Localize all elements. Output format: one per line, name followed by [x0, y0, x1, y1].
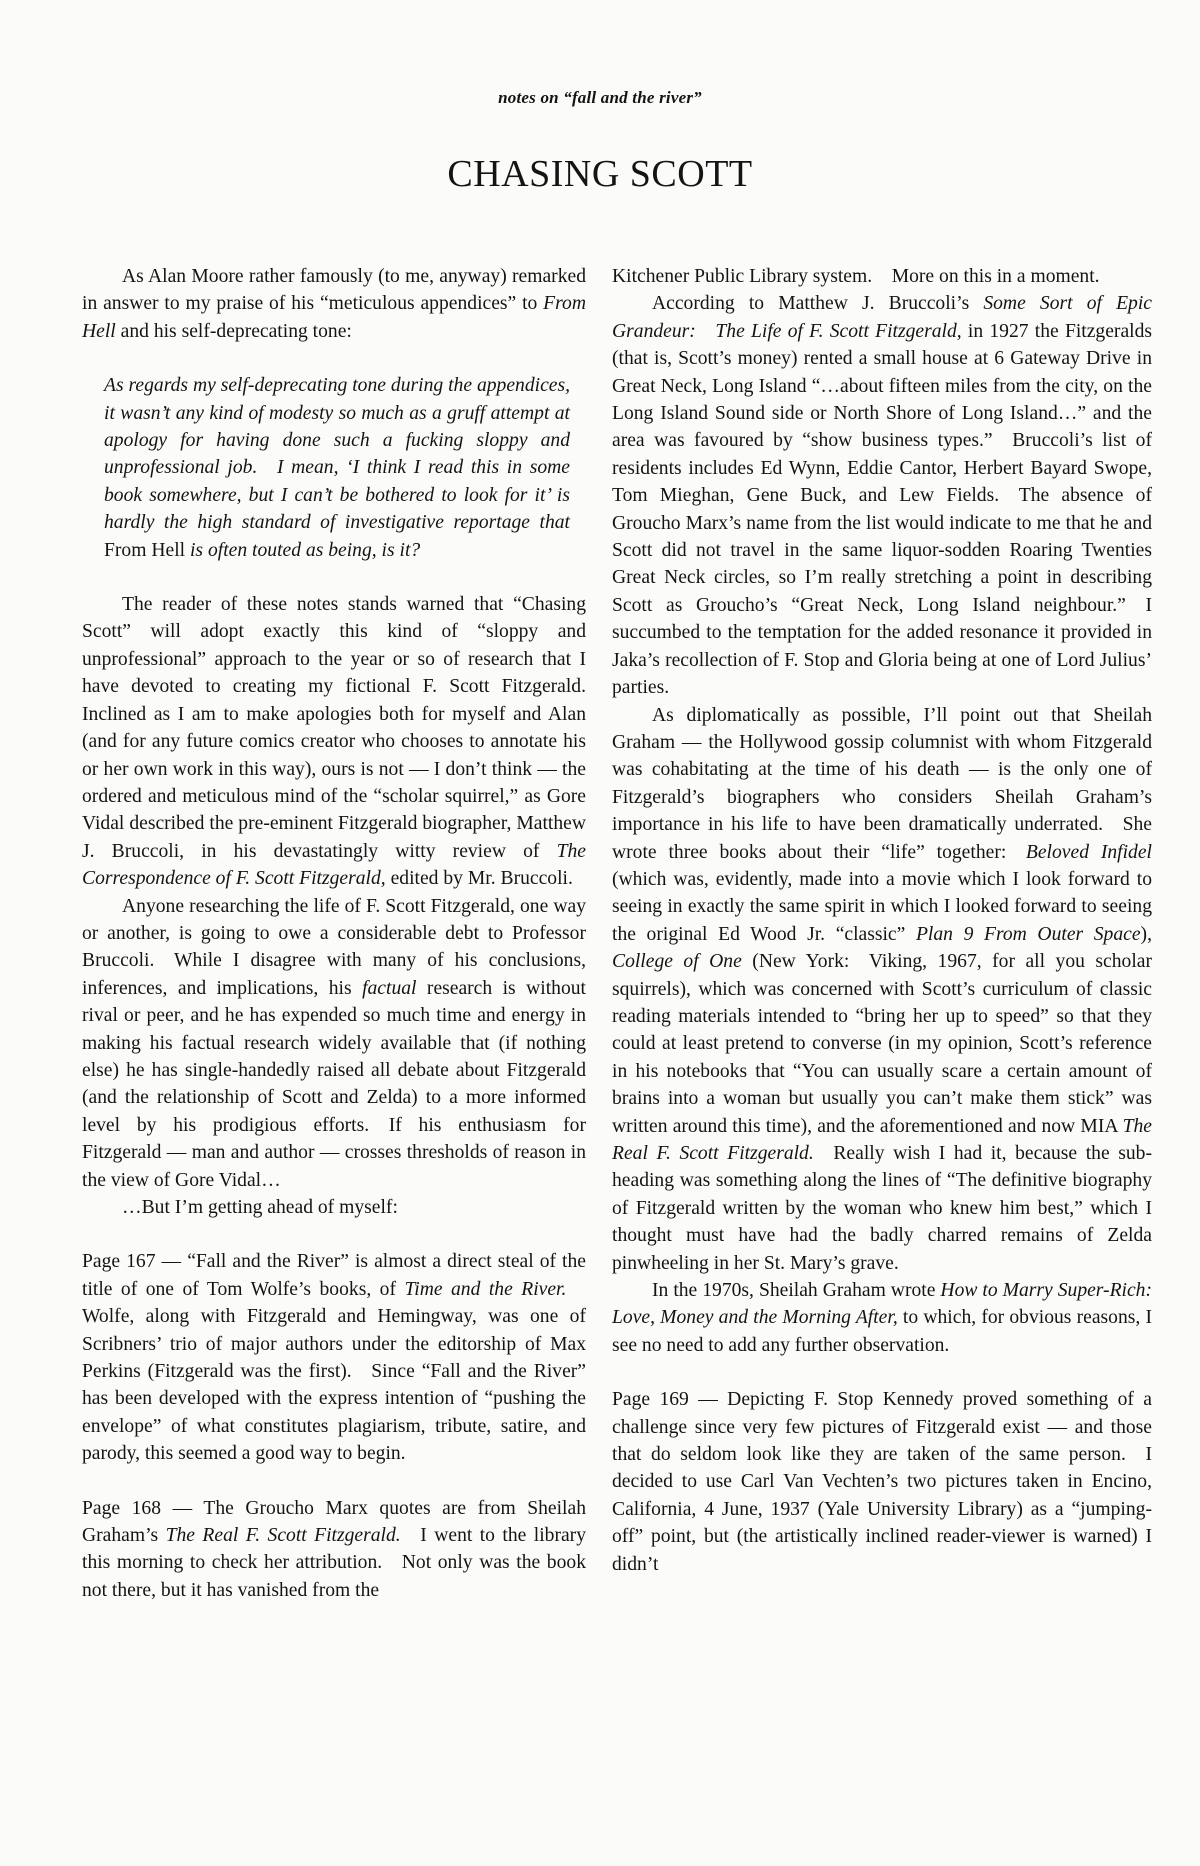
paragraph-sheilah-graham: As diplomatically as possible, I’ll poin…	[612, 702, 1152, 1278]
paragraph-great-neck: According to Matthew J. Bruccoli’s Some …	[612, 290, 1152, 701]
note-page-167: Page 167 — “Fall and the River” is almos…	[82, 1248, 586, 1467]
note-page-168: Page 168 — The Groucho Marx quotes are f…	[82, 1495, 586, 1605]
block-quote: As regards my self-deprecating tone duri…	[82, 372, 570, 564]
note-page-169: Page 169 — Depicting F. Stop Kennedy pro…	[612, 1386, 1152, 1578]
right-column: Kitchener Public Library system. More on…	[612, 263, 1152, 1578]
paragraph-ahead: …But I’m getting ahead of myself:	[82, 1194, 586, 1221]
paragraph-bruccoli: Anyone researching the life of F. Scott …	[82, 893, 586, 1194]
paragraph-intro: As Alan Moore rather famously (to me, an…	[82, 263, 586, 345]
running-head: notes on “fall and the river”	[0, 88, 1200, 108]
left-column: As Alan Moore rather famously (to me, an…	[82, 263, 586, 1604]
paragraph-1970s: In the 1970s, Sheilah Graham wrote How t…	[612, 1277, 1152, 1359]
paragraph-warning: The reader of these notes stands warned …	[82, 591, 586, 892]
paragraph-continued: Kitchener Public Library system. More on…	[612, 263, 1152, 290]
document-page: notes on “fall and the river” CHASING SC…	[0, 0, 1200, 1866]
article-title: CHASING SCOTT	[0, 152, 1200, 196]
